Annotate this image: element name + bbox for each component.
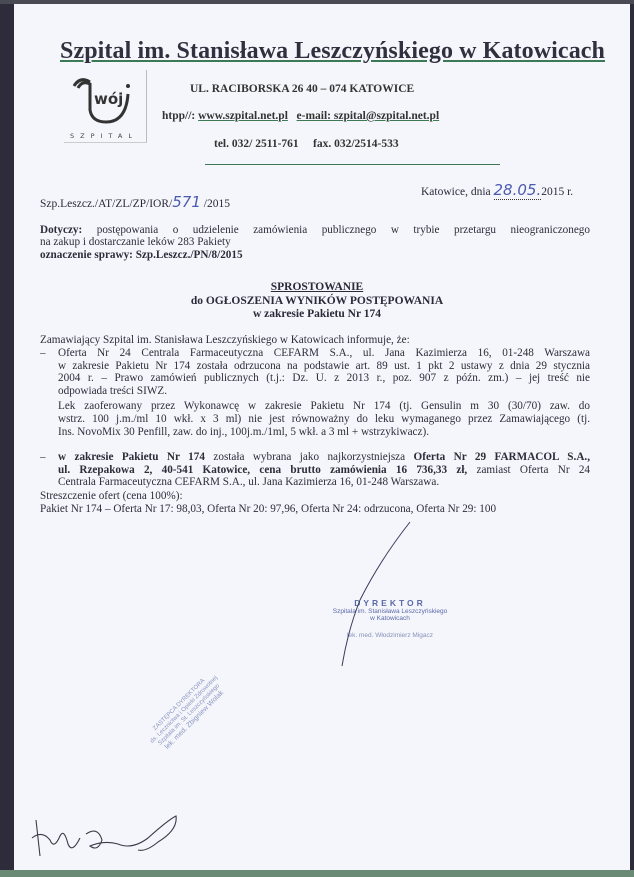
date-suffix: 2015 r. (541, 186, 573, 198)
item1-para2-line: Lek zaoferowany przez Wykonawcę w zakres… (58, 400, 590, 413)
offers-summary: Pakiet Nr 174 – Oferta Nr 17: 98,03, Ofe… (40, 503, 496, 516)
svg-text:wój: wój (94, 90, 123, 108)
item2-last-line: Centrala Farmaceutyczna CEFARM S.A., ul.… (58, 476, 590, 489)
hospital-logo: wój SZPITAL (64, 70, 147, 143)
hospital-name: Szpital im. Stanisława Leszczyńskiego w … (60, 38, 605, 65)
title-announcement: do OGŁOSZENIA WYNIKÓW POSTĘPOWANIA (0, 295, 634, 309)
contact-phone-fax: tel. 032/ 2511-761 fax. 032/2514-533 (214, 138, 399, 150)
reference-number: Szp.Leszcz./AT/ZL/ZP/IOR/571 /2015 (40, 193, 230, 211)
item2-winner-details: ul. Rzepakowa 2, 40-541 Katowice, cena b… (58, 464, 467, 476)
item2-text: w zakresie Pakietu Nr 174 została wybran… (58, 451, 590, 489)
subject-line1: Dotyczy: postępowania o udzielenie zamów… (40, 224, 590, 237)
item1-line: w zakresie Pakietu Nr 174 została odrzuc… (58, 360, 590, 373)
handwritten-signature-icon (28, 800, 198, 870)
fax-number: fax. 032/2514-533 (313, 138, 399, 150)
item2-winner: Oferta Nr 29 FARMACOL S.A., (414, 451, 590, 463)
hospital-address: UL. RACIBORSKA 26 40 – 074 KATOWICE (190, 83, 414, 95)
logo-caption: SZPITAL (70, 132, 138, 140)
item1-para2-line: Ins. NovoMix 30 Penfill, zaw. do inj., 1… (58, 426, 590, 439)
case-number: oznaczenie sprawy: Szp.Leszcz./PN/8/2015 (40, 249, 243, 262)
handwritten-reference: 571 (172, 193, 201, 211)
web-prefix: htpp//: (162, 110, 195, 122)
item1-line: odpowiada treści SIWZ. (58, 385, 590, 398)
summary-label: Streszczenie ofert (cena 100%): (40, 490, 183, 503)
date-prefix: Katowice, dnia (421, 186, 494, 198)
scan-bottom-border (0, 870, 634, 877)
subject-line2: na zakup i dostarczanie leków 283 Pakiet… (40, 236, 231, 249)
reference-suffix: /2015 (204, 198, 230, 210)
item1-dash: – (40, 347, 46, 360)
item1-line: 2004 r. – Prawo zamówień publicznych (t.… (58, 372, 590, 385)
item2-text2: zamiast Oferta Nr 24 (467, 464, 590, 476)
title-package: w zakresie Pakietu Nr 174 (0, 308, 634, 322)
email-link[interactable]: e-mail: szpital@szpital.net.pl (297, 110, 440, 122)
handwritten-date: 28.05. (494, 181, 542, 200)
item1-line: Oferta Nr 24 Centrala Farmaceutyczna CEF… (58, 347, 590, 360)
director-signature-icon (300, 520, 420, 670)
item2-dash: – (40, 451, 46, 464)
document-title: SPROSTOWANIE do OGŁOSZENIA WYNIKÓW POSTĘ… (0, 281, 634, 322)
contact-web-email: htpp//: www.szpital.net.pl e-mail: szpit… (162, 110, 439, 122)
item1-para2-line: wstrz. 100 j.m./ml 10 wkł. x 3 ml) nie j… (58, 413, 590, 426)
twoj-logo-icon: wój (70, 74, 140, 126)
document-date: Katowice, dnia 28.05.2015 r. (421, 181, 573, 199)
item1-text: Oferta Nr 24 Centrala Farmaceutyczna CEF… (58, 347, 590, 438)
website-link[interactable]: www.szpital.net.pl (198, 110, 288, 122)
reference-prefix: Szp.Leszcz./AT/ZL/ZP/IOR/ (40, 198, 172, 210)
item2-package: w zakresie Pakietu Nr 174 (58, 451, 205, 463)
subject-text: postępowania o udzielenie zamówienia pub… (82, 224, 590, 236)
phone-number: tel. 032/ 2511-761 (214, 138, 299, 150)
intro-text: Zamawiający Szpital im. Stanisława Leszc… (40, 334, 410, 347)
subject-label: Dotyczy: (40, 224, 82, 236)
title-correction: SPROSTOWANIE (0, 281, 634, 295)
header-divider (205, 164, 500, 165)
item2-text1: została wybrana jako najkorzystniejsza (205, 451, 414, 463)
